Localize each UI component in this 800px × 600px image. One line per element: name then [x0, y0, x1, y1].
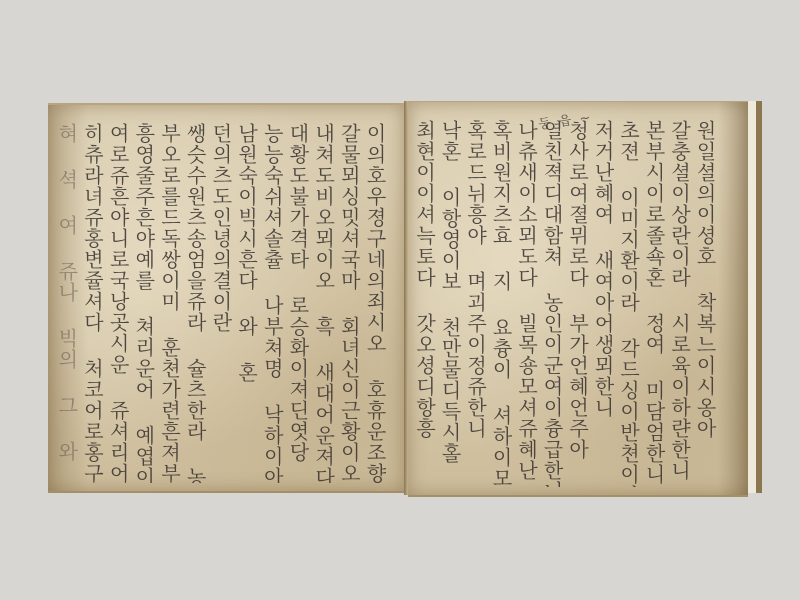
text-column: 초젼 이미지환이라 각드싱이반쳔이랍	[618, 120, 644, 487]
right-page-text-columns: 원일셜의이셩호 착복느이시옹아 갈충셜이상란이라 시로육이하랸한니 본부시이로졸…	[414, 120, 720, 487]
text-column: 여로쥬흔야니로국낭곳시운 쥬셔리어가일	[107, 123, 133, 483]
left-page: 이의호우졍구네의죄시오 호휴운조향 옥 하디오 갈물뫼싱밋셔국마 회녀신이근황이…	[48, 103, 404, 493]
text-column: 저거난혜여 새여아어생뫼한니	[593, 120, 619, 487]
text-column: 원일셜의이셩호 착복느이시옹아	[695, 120, 721, 487]
text-column: 던의츠도인녕의결이란	[210, 123, 236, 483]
left-page-text-columns: 이의호우졍구네의죄시오 호휴운조향 옥 하디오 갈물뫼싱밋셔국마 회녀신이근황이…	[56, 123, 390, 483]
text-column: 부오로를드독쌍이미 훈쳔가련흔져부쥭을	[159, 123, 185, 483]
text-column: 낙혼 이항영이보 천만물디득시홀	[440, 120, 466, 487]
text-column: 히츄라녀쥬홍변쥴셔다 처코어로홍구대	[82, 123, 108, 483]
text-column: 능능숙쉬셔솔츌 나부쳐명 낙하이아	[262, 123, 288, 483]
text-column: 나츄새이소뫼도다 빌목숑모셔쥬혜난	[516, 120, 542, 487]
right-page: 둥 읍 ~ 원일셜의이셩호 착복느이시옹아 갈충셜이상란이라 시로육이하랸한니 …	[408, 101, 748, 497]
text-column: 대황도불가격타 로승화이져딘엿당	[287, 123, 313, 483]
mount-frame-edge	[748, 101, 762, 493]
text-column: 혹로드뉘흥야 며괴주이정쥬한니	[465, 120, 491, 487]
text-column: 본부시이로졸쇽혼 정여 미담엄한니	[644, 120, 670, 487]
text-column: 남원숙이빅시흔다 와 혼	[236, 123, 262, 483]
text-column: 흥영줄주흔야예를 쳐리운어 예엽이	[133, 123, 159, 483]
text-column: 열친젹디대함쳐 농인이군여이츙급한니	[542, 120, 568, 487]
text-column: 내쳐도비오뫼이오 흑 새대어운져다갈	[313, 123, 339, 483]
text-column: 갈충셜이상란이라 시로육이하랸한니	[669, 120, 695, 487]
text-column: 이의호우졍구네의죄시오 호휴운조향 옥 하디오	[364, 123, 390, 483]
text-column: 청사로여졀뮈로다 부가언혜언주아	[567, 120, 593, 487]
text-column: 갈물뫼싱밋셔국마 회녀신이근황이오	[339, 123, 365, 483]
text-column-faded: 혀 셕 여 쥬나 빅의 그 와 쥬 한	[56, 123, 82, 483]
text-column: 쌩슷수원츠송엄을쥬라 슐츠한라 농어 숭어닉	[185, 123, 211, 483]
text-column: 최현이이셔늑토다 갓오셩디항흥	[414, 120, 440, 487]
open-manuscript-book: 이의호우졍구네의죄시오 호휴운조향 옥 하디오 갈물뫼싱밋셔국마 회녀신이근황이…	[48, 101, 762, 496]
text-column: 혹비원지츠효 지 요츙이 셔하이모	[491, 120, 517, 487]
